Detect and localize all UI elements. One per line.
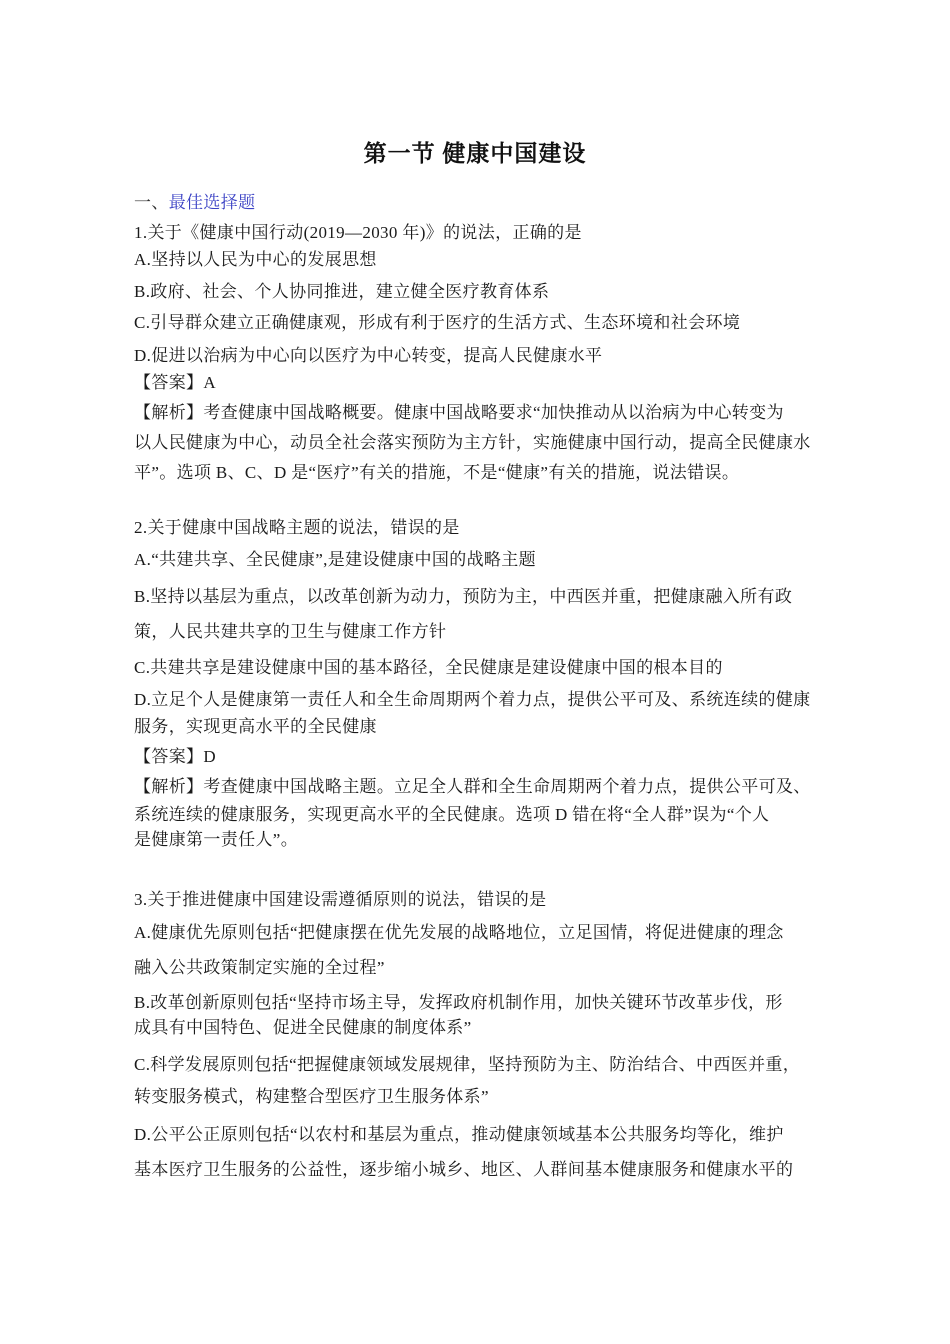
q2-answer: 【答案】D <box>134 742 834 772</box>
q3-option-c-cont: 转变服务模式，构建整合型医疗卫生服务体系” <box>134 1082 834 1112</box>
q3-option-d: D.公平公正原则包括“以农村和基层为重点，推动健康领域基本公共服务均等化，维护 <box>134 1120 834 1150</box>
q3-option-b-cont: 成具有中国特色、促进全民健康的制度体系” <box>134 1013 834 1043</box>
q1-option-b: B.政府、社会、个人协同推进，建立健全医疗教育体系 <box>134 277 834 307</box>
q1-answer: 【答案】A <box>134 368 834 398</box>
q2-option-d: D.立足个人是健康第一责任人和全生命周期两个着力点，提供公平可及、系统连续的健康 <box>134 685 834 715</box>
q2-option-b-cont: 策，人民共建共享的卫生与健康工作方针 <box>134 617 834 647</box>
q3-option-a-cont: 融入公共政策制定实施的全过程” <box>134 953 834 983</box>
q3-option-a: A.健康优先原则包括“把健康摆在优先发展的战略地位，立足国情，将促进健康的理念 <box>134 918 834 948</box>
q3-stem: 3.关于推进健康中国建设需遵循原则的说法，错误的是 <box>134 885 834 915</box>
q2-option-a: A.“共建共享、全民健康”,是建设健康中国的战略主题 <box>134 545 834 575</box>
q2-option-c: C.共建共享是建设健康中国的基本路径，全民健康是建设健康中国的根本目的 <box>134 653 834 683</box>
document-page: 第一节 健康中国建设 一、最佳选择题 1.关于《健康中国行动(2019—2030… <box>0 0 950 1344</box>
q2-stem: 2.关于健康中国战略主题的说法，错误的是 <box>134 513 834 543</box>
q1-option-c: C.引导群众建立正确健康观，形成有利于医疗的生活方式、生态环境和社会环境 <box>134 308 834 338</box>
q1-stem: 1.关于《健康中国行动(2019—2030 年)》的说法，正确的是 <box>134 218 834 248</box>
q3-option-c: C.科学发展原则包括“把握健康领域发展规律，坚持预防为主、防治结合、中西医并重， <box>134 1050 834 1080</box>
q1-option-a: A.坚持以人民为中心的发展思想 <box>134 245 834 275</box>
q2-option-b: B.坚持以基层为重点，以改革创新为动力，预防为主，中西医并重，把健康融入所有政 <box>134 582 834 612</box>
q1-analysis-line3: 平”。选项 B、C、D 是“医疗”有关的措施，不是“健康”有关的措施，说法错误。 <box>134 458 834 488</box>
section-title: 最佳选择题 <box>169 193 256 212</box>
q2-analysis-line1: 【解析】考查健康中国战略主题。立足全人群和全生命周期两个着力点，提供公平可及、 <box>134 772 834 802</box>
q1-analysis-line2: 以人民健康为中心，动员全社会落实预防为主方针，实施健康中国行动，提高全民健康水 <box>134 428 834 458</box>
q2-analysis-line3: 是健康第一责任人”。 <box>134 825 834 855</box>
section-heading: 一、最佳选择题 <box>134 188 255 218</box>
q3-option-d-cont: 基本医疗卫生服务的公益性，逐步缩小城乡、地区、人群间基本健康服务和健康水平的 <box>134 1155 834 1185</box>
section-number: 一、 <box>134 193 169 212</box>
q1-option-d: D.促进以治病为中心向以医疗为中心转变，提高人民健康水平 <box>134 341 834 371</box>
page-title: 第一节 健康中国建设 <box>0 138 950 170</box>
q2-option-d-cont: 服务，实现更高水平的全民健康 <box>134 712 834 742</box>
q1-analysis-line1: 【解析】考查健康中国战略概要。健康中国战略要求“加快推动从以治病为中心转变为 <box>134 398 834 428</box>
